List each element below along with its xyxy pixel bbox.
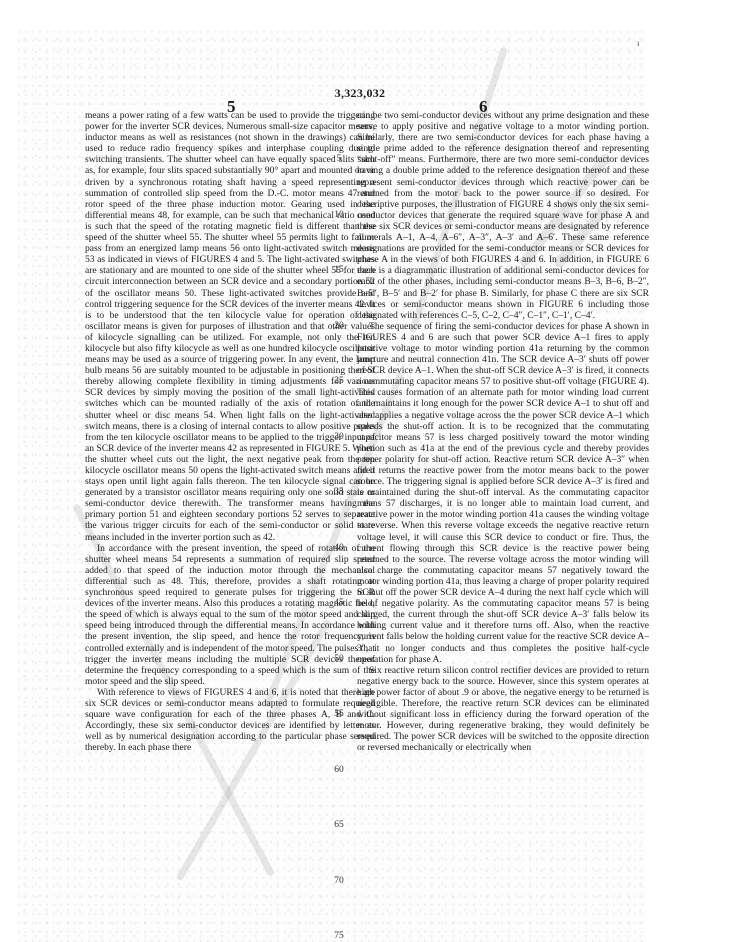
line-number: 25: [327, 376, 351, 386]
paragraph: can be two semi-conductor devices withou…: [357, 110, 649, 321]
line-number: 70: [327, 876, 351, 886]
line-number: 15: [327, 265, 351, 275]
paragraph: In accordance with the present invention…: [85, 543, 375, 687]
patent-number: 3,323,032: [300, 86, 420, 101]
line-number: 10: [327, 210, 351, 220]
line-number: 60: [327, 765, 351, 775]
line-number: 75: [327, 931, 351, 941]
paragraph: Six reactive return silicon control rect…: [357, 665, 649, 754]
line-number: 50: [327, 654, 351, 664]
paragraph: The sequence of firing the semi-conducto…: [357, 321, 649, 665]
line-number: 55: [327, 709, 351, 719]
line-number: 65: [327, 820, 351, 830]
line-number: 45: [327, 598, 351, 608]
line-number: 40: [327, 543, 351, 553]
line-number: 20: [327, 321, 351, 331]
paragraph: With reference to views of FIGURES 4 and…: [85, 687, 375, 754]
line-number: 30: [327, 432, 351, 442]
line-number: 5: [327, 154, 351, 164]
line-number: 35: [327, 487, 351, 497]
right-text-column: can be two semi-conductor devices withou…: [357, 110, 649, 753]
margin-mark: ı: [637, 38, 640, 48]
